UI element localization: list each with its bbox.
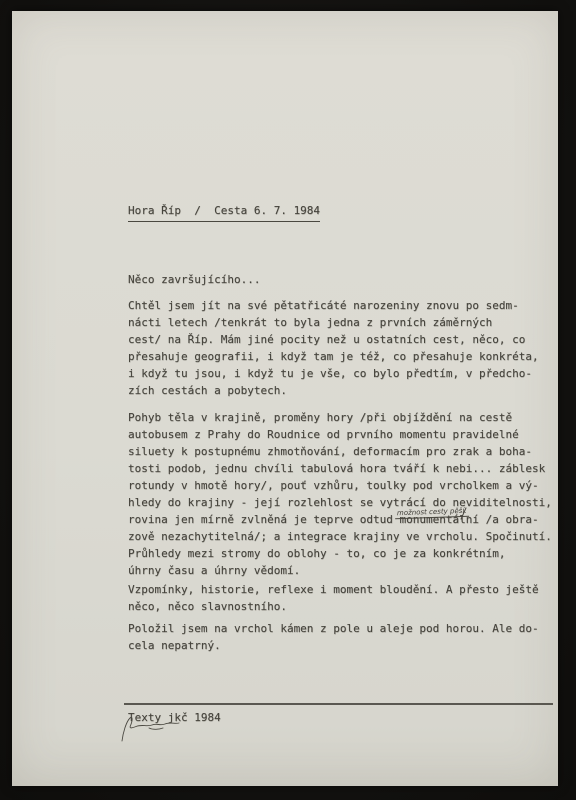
paragraph-memories: Vzpomínky, historie, reflexe i moment bl… [128, 581, 568, 615]
paragraph-mountain: Pohyb těla v krajině, proměny hory /při … [128, 409, 568, 579]
photo-background: Hora Říp / Cesta 6. 7. 1984 Něco završuj… [0, 0, 576, 800]
document-title-text: Hora Říp / Cesta 6. 7. 1984 [128, 202, 320, 222]
paper-sheet: Hora Říp / Cesta 6. 7. 1984 Něco završuj… [12, 11, 558, 786]
paragraph-stone: Položil jsem na vrchol kámen z pole u al… [128, 620, 568, 654]
text-block: Hora Říp / Cesta 6. 7. 1984 Něco završuj… [128, 202, 568, 654]
handwritten-comma: , [453, 514, 456, 524]
paragraph-journey: Chtěl jsem jít na své pětatřicáté naroze… [128, 297, 568, 399]
paragraph-intro: Něco završujícího... [128, 271, 568, 288]
signature-scribble [118, 715, 182, 743]
footer-divider [124, 703, 553, 705]
document-title: Hora Říp / Cesta 6. 7. 1984 [128, 202, 568, 222]
